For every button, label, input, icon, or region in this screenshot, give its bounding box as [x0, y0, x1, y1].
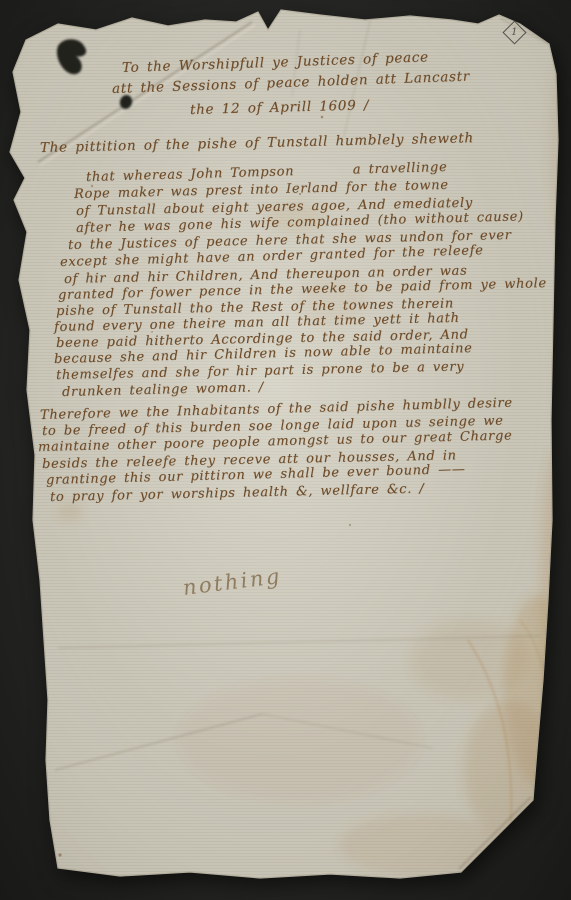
page-number-marker: 1 — [502, 20, 526, 44]
page-number: 1 — [511, 27, 517, 38]
body-line: drunken tealinge woman. / — [62, 380, 264, 400]
manuscript-text-layer: To the Worshipfull ye Justices of peace … — [0, 0, 571, 900]
clerk-annotation: nothing — [182, 564, 284, 600]
petition-title: The pittition of the pishe of Tunstall h… — [40, 130, 474, 156]
photo-of-manuscript: { "photo": { "background_color": "#26262… — [0, 0, 571, 900]
date-line: the 12 of Aprill 1609 / — [190, 97, 370, 118]
